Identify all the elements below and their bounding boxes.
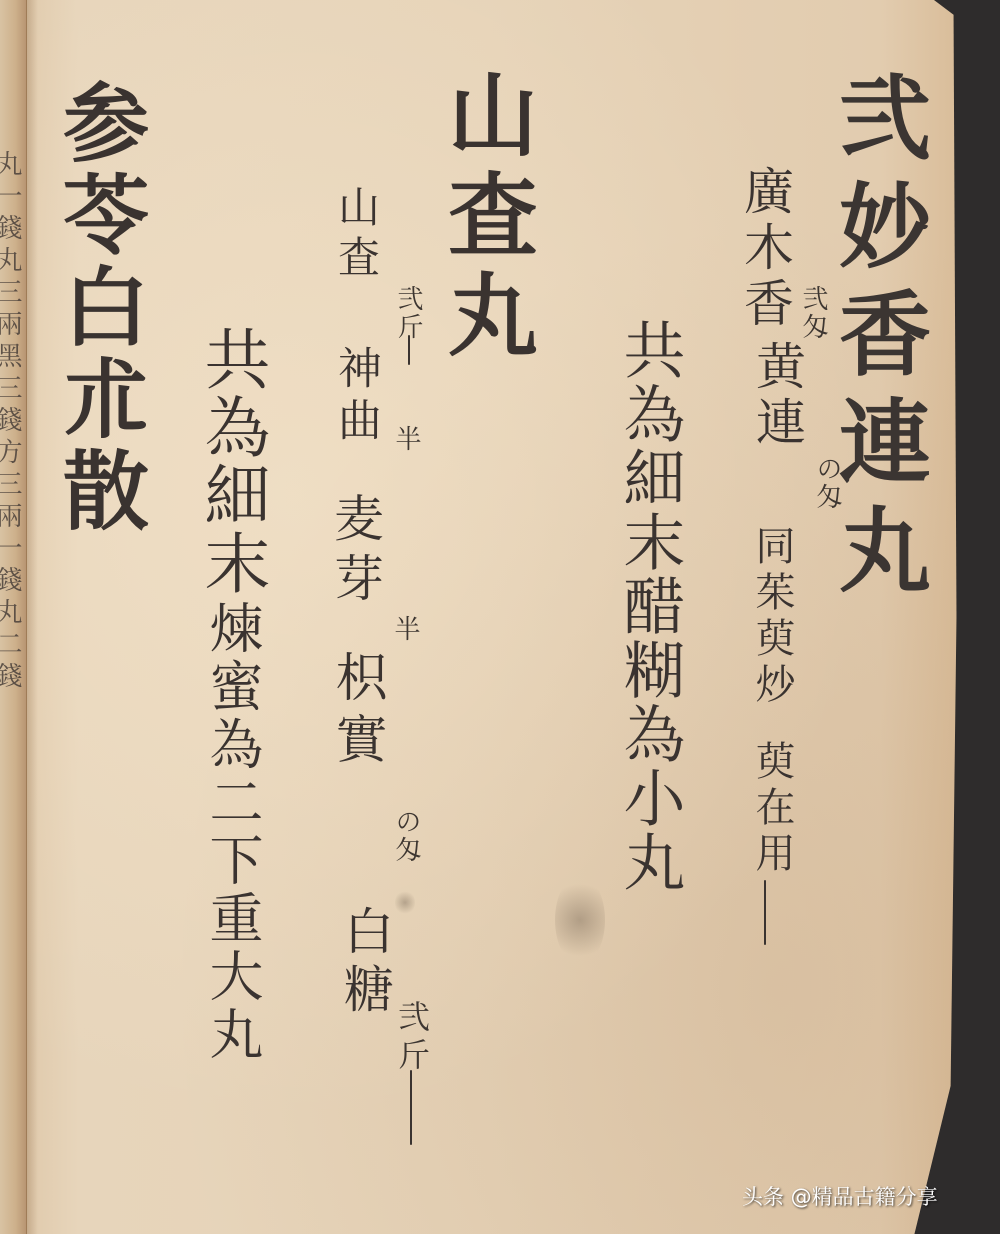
prescription-2-qty-5-tail xyxy=(410,1070,412,1145)
prescription-1-note-line1: 同茱萸炒 xyxy=(752,525,792,709)
prescription-2-instruction-large: 共為細末 xyxy=(198,325,264,597)
prescription-2-qty-3: 半 xyxy=(392,615,418,643)
prescription-2-qty-4: の匁 xyxy=(393,808,419,864)
prescription-1-qty-1: 弐匁 xyxy=(800,285,826,341)
watermark: 头条 @精品古籍分享 xyxy=(742,1181,938,1211)
prescription-2-ingredient-2: 神曲 xyxy=(333,345,377,449)
prescription-3-title: 参苓白朮散 xyxy=(55,78,141,538)
prescription-2-ingredient-3: 麦芽 xyxy=(330,492,380,612)
prescription-1-note-tail-stroke xyxy=(764,880,766,945)
prescription-2-ingredient-4: 枳實 xyxy=(330,650,382,774)
prescription-2-title: 山査丸 xyxy=(440,68,530,368)
prescription-2-ingredient-5: 白糖 xyxy=(340,905,390,1021)
prescription-2-qty-2: 半 xyxy=(393,425,419,453)
fold-shadow xyxy=(26,0,38,1234)
previous-page-fragment: 丸一錢丸三兩黑三錢方三兩一錢丸二錢 xyxy=(0,150,26,694)
prescription-2-instruction-small: 煉蜜為二下重大丸 xyxy=(205,600,259,1064)
ink-stain xyxy=(395,890,415,915)
prescription-2-qty-1-tail xyxy=(408,335,410,365)
prescription-1-ingredient-1: 廣木香 xyxy=(740,165,790,333)
prescription-2-qty-5: 弐斤 xyxy=(396,1000,428,1076)
prescription-1-ingredient-2: 黄連 xyxy=(752,340,802,452)
ink-stain xyxy=(555,875,605,965)
manuscript-page: 丸一錢丸三兩黑三錢方三兩一錢丸二錢 弐妙香連丸 廣木香 弐匁 黄連 の匁 同茱萸… xyxy=(0,0,978,1234)
prescription-1-qty-2: の匁 xyxy=(814,455,840,511)
prescription-1-title: 弐妙香連丸 xyxy=(832,70,924,590)
prescription-2-ingredient-1: 山査 xyxy=(335,185,377,285)
prescription-1-instruction: 共為細末醋糊為小丸 xyxy=(618,318,680,894)
prescription-2-qty-1: 弐斤 xyxy=(395,285,421,341)
prescription-1-note-line2: 萸在用 xyxy=(752,740,792,878)
